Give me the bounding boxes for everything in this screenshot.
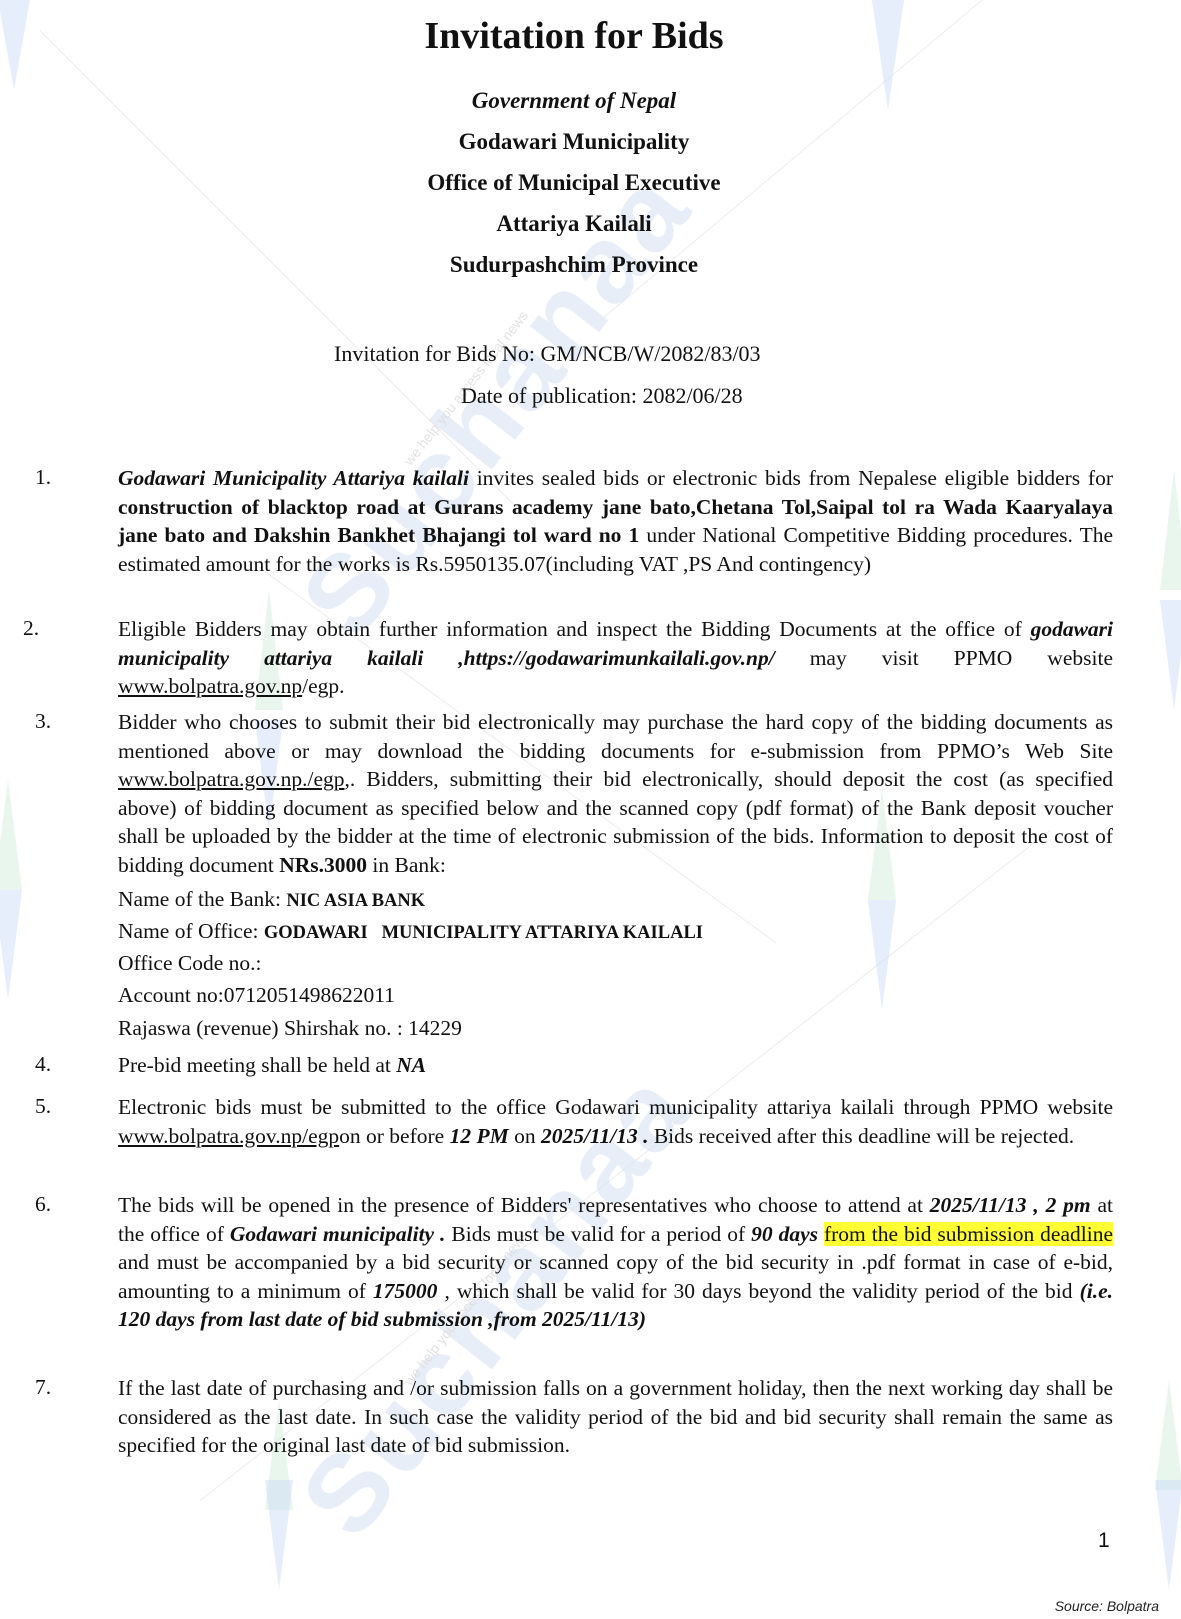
watermark-arrow-icon [1160, 470, 1181, 590]
item-text-segment[interactable]: www.bolpatra.gov.np [118, 674, 302, 698]
publication-date: Date of publication: 2082/06/28 [461, 383, 743, 409]
item-text-segment: Pre-bid meeting shall be held at [118, 1053, 396, 1077]
item-text-segment: If the last date of purchasing and /or s… [118, 1376, 1113, 1457]
account-number-label: Account no: [118, 983, 224, 1007]
item-number: 4. [35, 1052, 51, 1077]
header-province: Sudurpashchim Province [0, 252, 1148, 278]
source-credit: Source: Bolpatra [1055, 1598, 1159, 1614]
bank-name-line: Name of the Bank: NIC ASIA BANK [118, 887, 425, 912]
watermark-arrow-icon [1155, 1480, 1181, 1590]
item-number: 5. [35, 1094, 51, 1119]
bank-name-value: NIC ASIA BANK [286, 891, 425, 911]
office-name-value: GODAWARI MUNICIPALITY ATTARIYA KAILALI [264, 923, 703, 943]
header-municipality: Godawari Municipality [0, 129, 1148, 155]
item-5: Electronic bids must be submitted to the… [118, 1093, 1113, 1150]
item-text-segment: from the bid submission deadline [824, 1222, 1113, 1246]
office-code-label: Office Code no.: [118, 951, 262, 975]
item-text-segment: 90 days [751, 1222, 818, 1246]
document-title: Invitation for Bids [0, 14, 1148, 58]
item-number: 6. [35, 1192, 51, 1217]
item-text-segment: on [509, 1124, 541, 1148]
item-text-segment: Electronic bids must be submitted to the… [118, 1095, 1113, 1119]
account-number-line: Account no:0712051498622011 [118, 983, 395, 1008]
item-text-segment: 2025/11/13 , 2 pm [930, 1193, 1091, 1217]
header-office: Office of Municipal Executive [0, 170, 1148, 196]
item-text-segment: Eligible Bidders may obtain further info… [118, 617, 1031, 641]
item-text-segment: 12 PM [450, 1124, 509, 1148]
bank-name-label: Name of the Bank: [118, 887, 286, 911]
item-text-segment: on or before [339, 1124, 449, 1148]
item-6: The bids will be opened in the presence … [118, 1191, 1113, 1334]
item-text-segment: NRs.3000 [279, 853, 367, 877]
watermark-arrow-icon [265, 1480, 293, 1590]
item-text-segment: , which shall be valid for 30 days beyon… [437, 1279, 1079, 1303]
item-number: 3. [35, 709, 51, 734]
item-4: Pre-bid meeting shall be held at NA [118, 1051, 1113, 1080]
watermark-arrow-icon [868, 900, 896, 1010]
item-text-segment: /egp. [302, 674, 344, 698]
office-name-label: Name of Office: [118, 919, 264, 943]
item-text-segment[interactable]: www.bolpatra.gov.np./egp [118, 767, 345, 791]
item-text-segment: Bids received after this deadline will b… [648, 1124, 1074, 1148]
account-number-value: 0712051498622011 [224, 983, 395, 1007]
item-text-segment: 175000 [373, 1279, 438, 1303]
watermark-arrow-icon [1155, 1380, 1181, 1490]
item-text-segment: Godawari Municipality Attariya kailali [118, 466, 469, 490]
item-text-segment: NA [396, 1053, 426, 1077]
ifb-number: Invitation for Bids No: GM/NCB/W/2082/83… [334, 341, 761, 367]
item-text-segment: Bids must be valid for a period of [445, 1222, 751, 1246]
item-text-segment: may visit PPMO website [775, 646, 1113, 670]
page-number: 1 [1098, 1529, 1110, 1553]
item-text-segment: in Bank: [367, 853, 446, 877]
item-number: 1. [35, 465, 51, 490]
watermark-arrow-icon [1160, 600, 1181, 710]
revenue-code-line: Rajaswa (revenue) Shirshak no. : 14229 [118, 1016, 462, 1041]
revenue-code-value: 14229 [408, 1016, 462, 1040]
item-number: 7. [35, 1375, 51, 1400]
revenue-code-label: Rajaswa (revenue) Shirshak no. : [118, 1016, 408, 1040]
item-text-segment: 2025/11/13 . [541, 1124, 649, 1148]
office-name-line: Name of Office: GODAWARI MUNICIPALITY AT… [118, 919, 703, 944]
item-text-segment: Bidder who chooses to submit their bid e… [118, 710, 1113, 763]
item-7: If the last date of purchasing and /or s… [118, 1374, 1113, 1460]
item-text-segment: invites sealed bids or electronic bids f… [469, 466, 1113, 490]
header-location: Attariya Kailali [0, 211, 1148, 237]
item-1: Godawari Municipality Attariya kailali i… [118, 464, 1113, 578]
office-code-line: Office Code no.: [118, 951, 262, 976]
item-text-segment[interactable]: www.bolpatra.gov.np/egp [118, 1124, 339, 1148]
item-2: Eligible Bidders may obtain further info… [118, 615, 1113, 701]
watermark-arrow-icon [0, 780, 22, 890]
header-government: Government of Nepal [0, 88, 1148, 114]
item-text-segment: Godawari municipality . [230, 1222, 446, 1246]
item-text-segment: The bids will be opened in the presence … [118, 1193, 930, 1217]
item-number: 2. [23, 616, 39, 641]
item-3: Bidder who chooses to submit their bid e… [118, 708, 1113, 879]
watermark-arrow-icon [0, 890, 22, 1000]
